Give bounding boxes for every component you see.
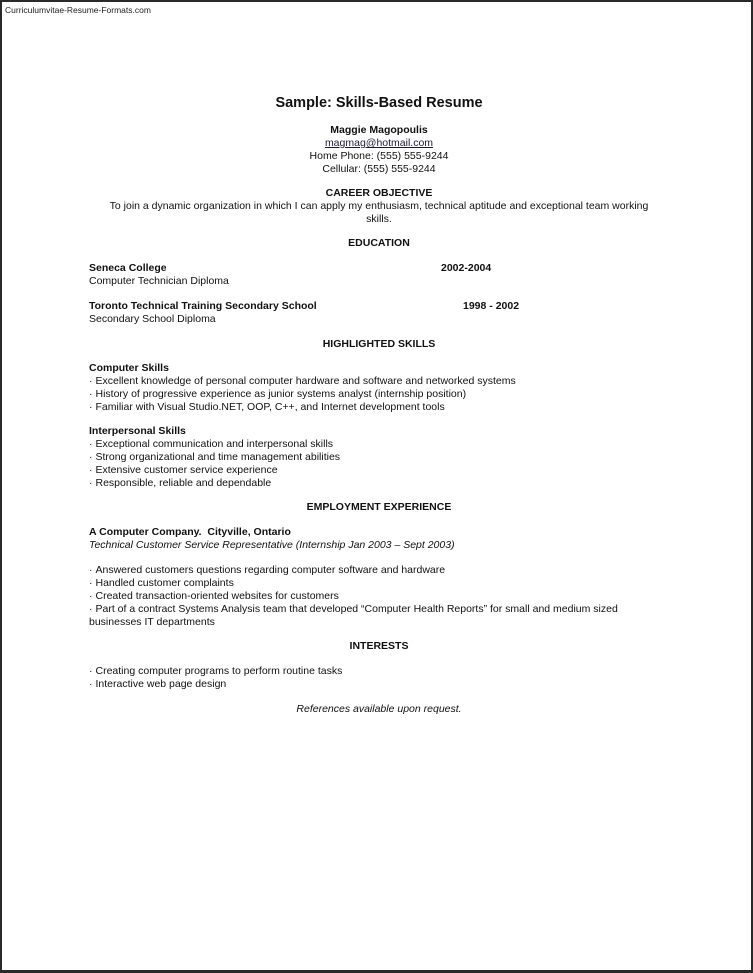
education-dates: 1998 - 2002 — [463, 300, 519, 312]
list-item: Answered customers questions regarding c… — [89, 564, 445, 577]
list-item-continuation: businesses IT departments — [89, 616, 215, 629]
watermark: Curriculumvitae-Resume-Formats.com — [5, 5, 151, 15]
list-item: Responsible, reliable and dependable — [89, 477, 271, 490]
list-item: Strong organizational and time managemen… — [89, 451, 340, 464]
list-item: Extensive customer service experience — [89, 464, 278, 477]
career-objective-line1: To join a dynamic organization in which … — [89, 200, 669, 213]
list-item: Familiar with Visual Studio.NET, OOP, C+… — [89, 401, 445, 414]
career-objective-line2: skills. — [89, 213, 669, 226]
contact-email-link[interactable]: magmag@hotmail.com — [325, 137, 433, 149]
list-item: History of progressive experience as jun… — [89, 388, 466, 401]
computer-skills-label: Computer Skills — [89, 362, 169, 375]
education-credential: Computer Technician Diploma — [89, 275, 229, 288]
interests-heading: INTERESTS — [89, 640, 669, 653]
education-school: Seneca College — [89, 262, 167, 275]
references-note: References available upon request. — [89, 703, 669, 716]
education-credential: Secondary School Diploma — [89, 313, 216, 326]
list-item: Excellent knowledge of personal computer… — [89, 375, 516, 388]
list-item: Interactive web page design — [89, 678, 226, 691]
employment-company: A Computer Company. Cityville, Ontario — [89, 526, 291, 539]
list-item: Created transaction-oriented websites fo… — [89, 590, 339, 603]
document-title: Sample: Skills-Based Resume — [89, 95, 669, 111]
employment-role: Technical Customer Service Representativ… — [89, 539, 455, 552]
list-item: Handled customer complaints — [89, 577, 234, 590]
interpersonal-skills-label: Interpersonal Skills — [89, 425, 186, 438]
contact-home-phone: Home Phone: (555) 555-9244 — [89, 150, 669, 163]
list-item: Exceptional communication and interperso… — [89, 438, 333, 451]
list-item: Creating computer programs to perform ro… — [89, 665, 342, 678]
education-school: Toronto Technical Training Secondary Sch… — [89, 300, 317, 313]
list-item: Part of a contract Systems Analysis team… — [89, 603, 618, 616]
education-heading: EDUCATION — [89, 237, 669, 250]
career-objective-heading: CAREER OBJECTIVE — [89, 187, 669, 200]
education-dates: 2002-2004 — [441, 262, 491, 274]
skills-heading: HIGHLIGHTED SKILLS — [89, 338, 669, 351]
contact-cellular: Cellular: (555) 555-9244 — [89, 163, 669, 176]
contact-name: Maggie Magopoulis — [89, 124, 669, 137]
employment-heading: EMPLOYMENT EXPERIENCE — [89, 501, 669, 514]
